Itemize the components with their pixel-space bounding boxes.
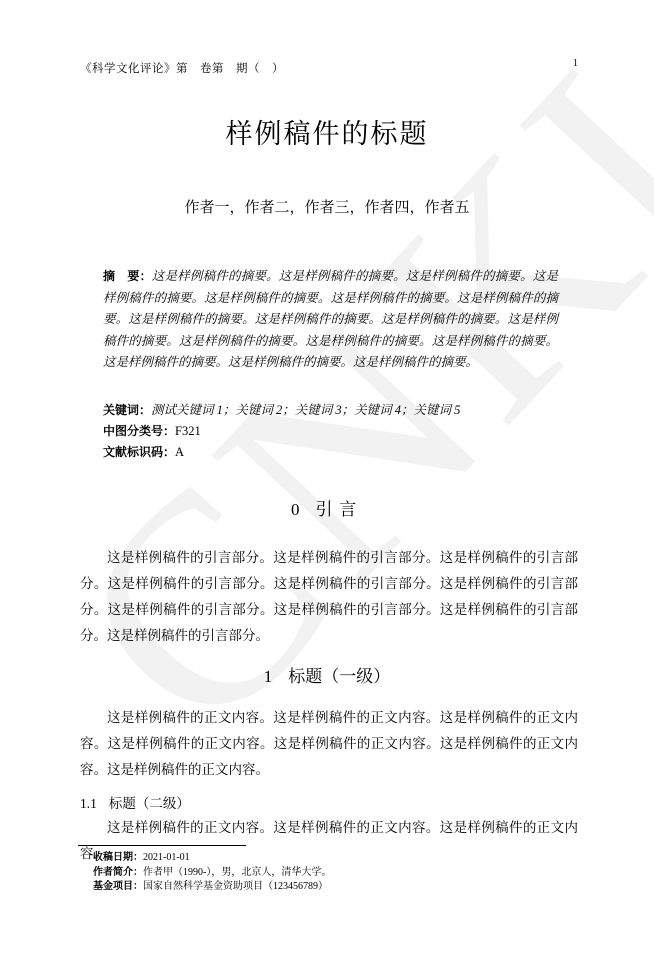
footnote-received-line: 收稿日期：2021-01-01 — [93, 851, 563, 866]
funding-label: 基金项目： — [93, 881, 143, 892]
section-1-1-heading: 1.1标题（二级） — [80, 792, 190, 812]
abstract-label: 摘 要： — [103, 269, 152, 283]
document-page: CNKI 《科学文化评论》第 卷第 期（ ） 1 样例稿件的标题 作者一，作者二… — [0, 0, 654, 957]
keywords-label: 关键词： — [103, 403, 151, 417]
clc-value: F321 — [175, 424, 201, 438]
abstract-text: 这是样例稿件的摘要。这是样例稿件的摘要。这是样例稿件的摘要。这是样例稿件的摘要。… — [103, 269, 558, 369]
page-number: 1 — [573, 58, 578, 69]
received-date-label: 收稿日期： — [93, 852, 143, 863]
footnote-bio-line: 作者简介：作者甲（1990-），男，北京人，清华大学。 — [93, 866, 563, 881]
article-title: 样例稿件的标题 — [0, 112, 654, 151]
section-0-heading: 0引言 — [0, 495, 654, 520]
doc-code-value: A — [175, 445, 184, 459]
section-0-paragraph: 这是样例稿件的引言部分。这是样例稿件的引言部分。这是样例稿件的引言部分。这是样例… — [80, 545, 578, 649]
section-1-title: 标题（一级） — [288, 667, 390, 686]
page-header: 《科学文化评论》第 卷第 期（ ） 1 — [80, 60, 578, 76]
journal-header-text: 《科学文化评论》第 卷第 期（ ） — [80, 60, 284, 76]
section-1-number: 1 — [264, 667, 273, 686]
section-1-1-title: 标题（二级） — [109, 796, 190, 811]
funding-value: 国家自然科学基金资助项目（123456789） — [143, 881, 328, 892]
article-meta-block: 关键词：测试关键词 1；关键词 2；关键词 3；关键词 4；关键词 5 中图分类… — [103, 400, 558, 463]
doc-code-line: 文献标识码：A — [103, 442, 558, 463]
received-date-value: 2021-01-01 — [143, 852, 190, 863]
section-0-number: 0 — [291, 500, 300, 519]
section-0-title: 引言 — [315, 500, 363, 519]
section-1-heading: 1标题（一级） — [0, 662, 654, 687]
keywords-text: 测试关键词 1；关键词 2；关键词 3；关键词 4；关键词 5 — [151, 403, 460, 417]
author-bio-label: 作者简介： — [93, 867, 143, 878]
footnote-separator — [78, 845, 246, 846]
doc-code-label: 文献标识码： — [103, 445, 175, 459]
authors-line: 作者一，作者二，作者三，作者四，作者五 — [0, 196, 654, 217]
section-1-paragraph: 这是样例稿件的正文内容。这是样例稿件的正文内容。这是样例稿件的正文内容。这是样例… — [80, 705, 578, 783]
clc-label: 中图分类号： — [103, 424, 175, 438]
footnote-block: 收稿日期：2021-01-01 作者简介：作者甲（1990-），男，北京人，清华… — [93, 851, 563, 895]
clc-line: 中图分类号：F321 — [103, 421, 558, 442]
abstract-block: 摘 要：这是样例稿件的摘要。这是样例稿件的摘要。这是样例稿件的摘要。这是样例稿件… — [103, 266, 558, 374]
author-bio-value: 作者甲（1990-），男，北京人，清华大学。 — [143, 867, 331, 878]
keywords-line: 关键词：测试关键词 1；关键词 2；关键词 3；关键词 4；关键词 5 — [103, 400, 558, 421]
section-1-1-number: 1.1 — [80, 796, 97, 811]
footnote-funding-line: 基金项目：国家自然科学基金资助项目（123456789） — [93, 880, 563, 895]
